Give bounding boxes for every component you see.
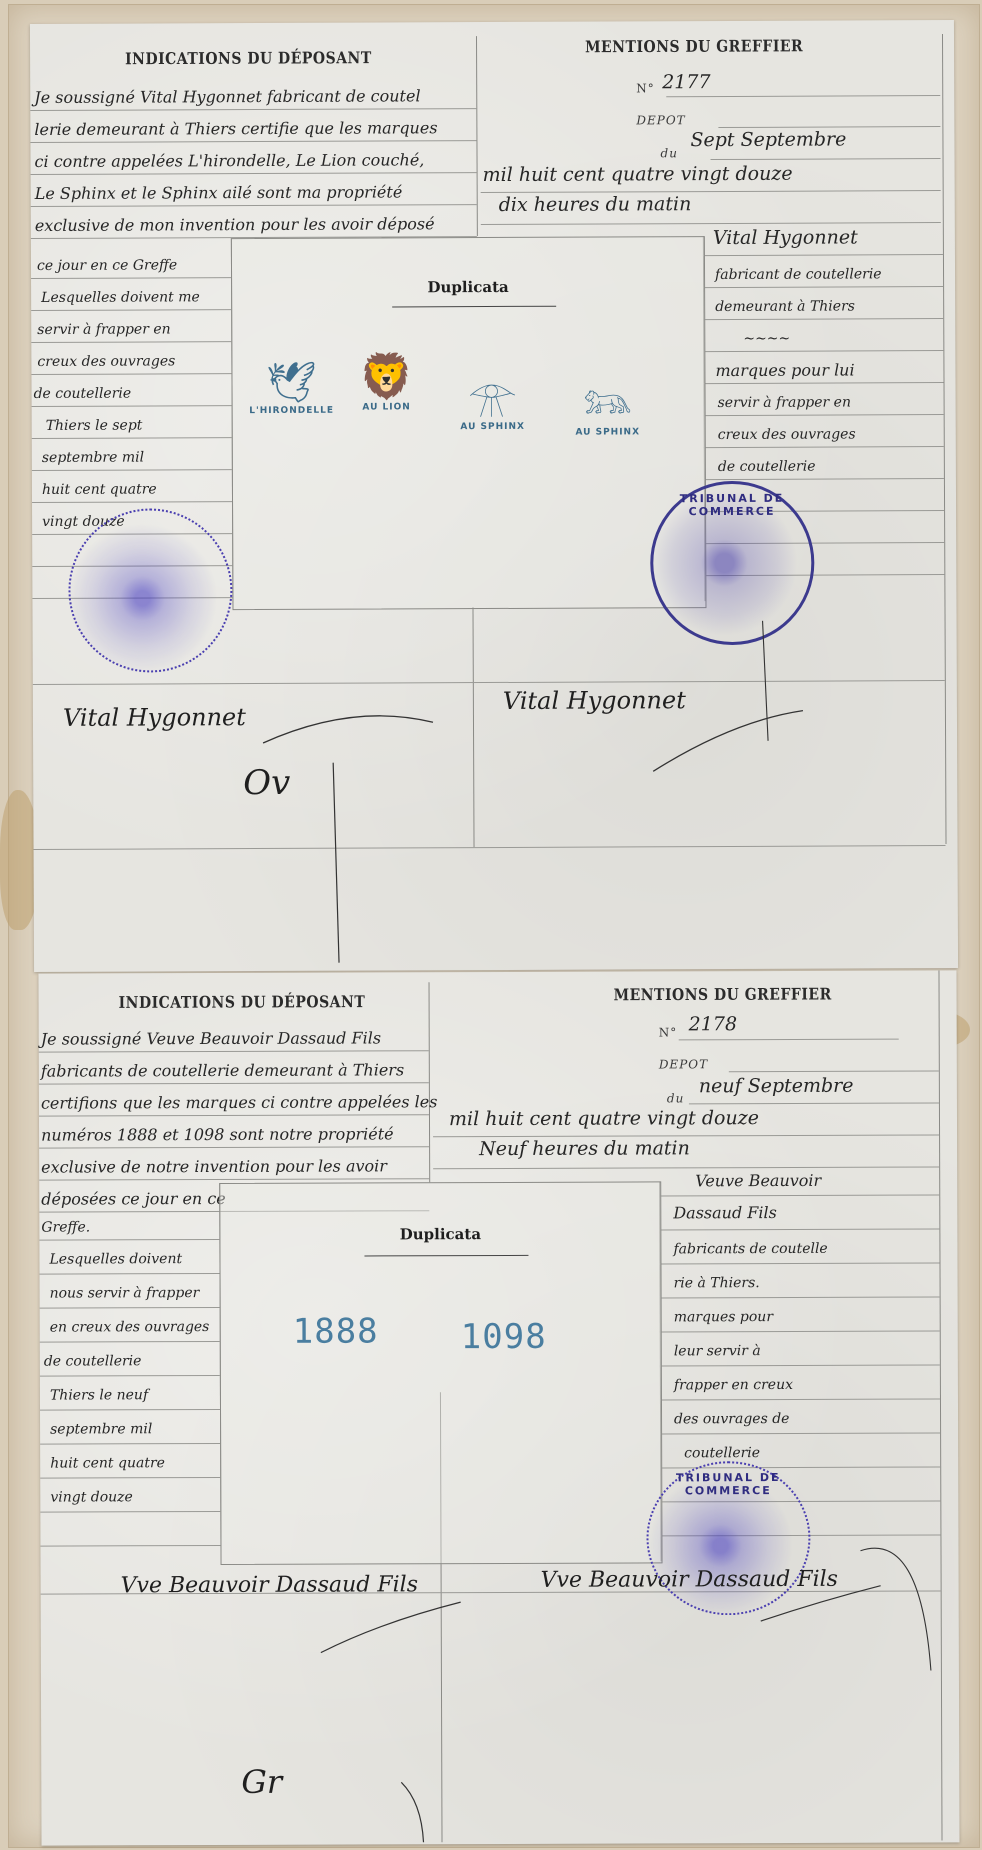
deposit-form-2178: INDICATIONS DU DÉPOSANT Je soussigné Veu… <box>38 970 959 1845</box>
signature-flourish-icon <box>38 970 959 1845</box>
deposit-form-2177: INDICATIONS DU DÉPOSANT Je soussigné Vit… <box>30 20 958 972</box>
signature-flourish-icon <box>30 20 958 972</box>
